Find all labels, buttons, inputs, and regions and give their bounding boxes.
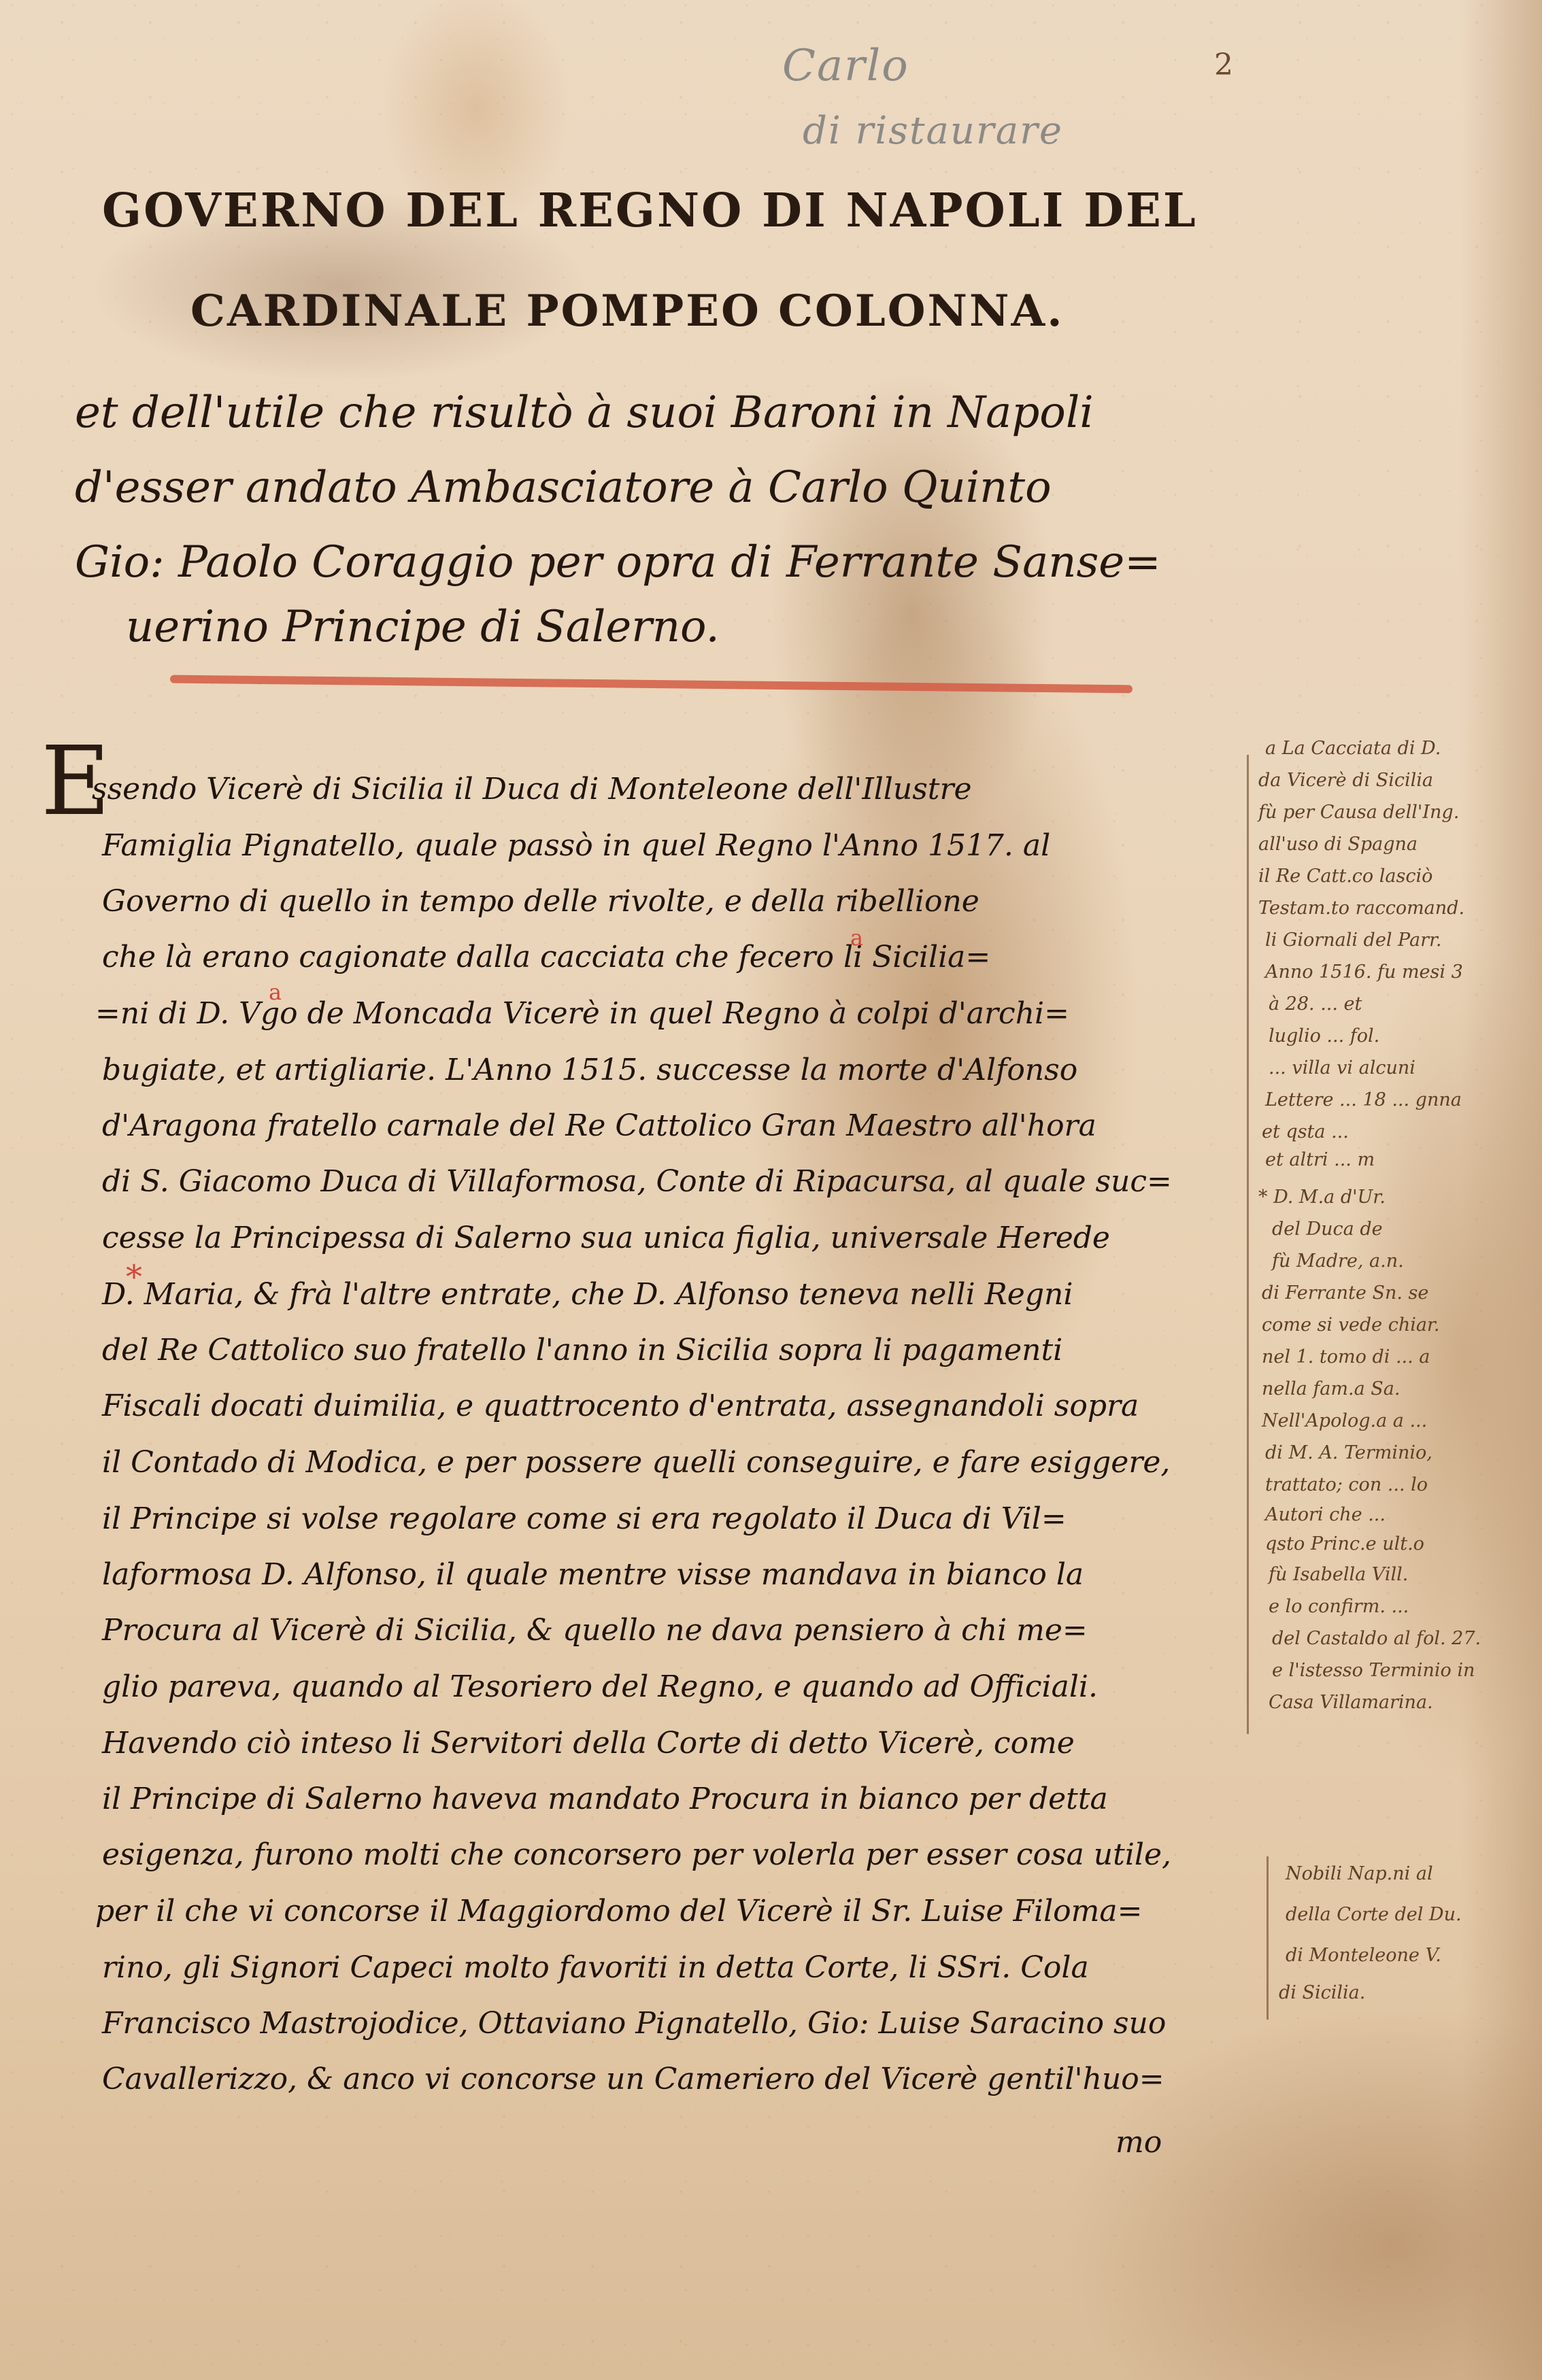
body-line: Havendo ciò inteso li Servitori della Co… bbox=[102, 1726, 1075, 1761]
margin-note-a-line: il Re Catt.co lasciò bbox=[1258, 866, 1432, 887]
margin-note-star-line: del Castaldo al fol. 27. bbox=[1272, 1628, 1481, 1649]
margin-note-a-line: li Giornali del Parr. bbox=[1265, 930, 1442, 951]
body-line: Cavallerizzo, & anco vi concorse un Came… bbox=[102, 2062, 1164, 2096]
margin-note-a-line: à 28. ... et bbox=[1269, 993, 1362, 1015]
margin-rule bbox=[1247, 755, 1249, 1734]
margin-note-a-line: luglio ... fol. bbox=[1269, 1025, 1379, 1047]
body-line: =ni di D. Vgo de Moncada Vicerè in quel … bbox=[95, 996, 1069, 1031]
margin-note-star-line: nel 1. tomo di ... a bbox=[1262, 1346, 1430, 1367]
margin-note-nobili-line: di Sicilia. bbox=[1279, 1982, 1365, 2003]
body-line: il Contado di Modica, e per possere quel… bbox=[102, 1445, 1170, 1480]
body-line: glio pareva, quando al Tesoriero del Reg… bbox=[102, 1669, 1098, 1704]
margin-note-a-line: da Vicerè di Sicilia bbox=[1258, 770, 1433, 791]
body-line: Governo di quello in tempo delle rivolte… bbox=[102, 884, 979, 919]
margin-note-a-line: all'uso di Spagna bbox=[1258, 834, 1418, 855]
body-line: d'Aragona fratello carnale del Re Cattol… bbox=[102, 1108, 1096, 1143]
margin-note-a-line: Testam.to raccomand. bbox=[1258, 898, 1464, 919]
red-rubric-rule bbox=[170, 675, 1133, 694]
red-reference-mark-a: a bbox=[269, 979, 282, 1005]
margin-note-nobili-line: di Monteleone V. bbox=[1286, 1945, 1441, 1966]
margin-note-a-line: et qsta ... bbox=[1262, 1121, 1349, 1142]
margin-note-star-line: e l'istesso Terminio in bbox=[1272, 1660, 1475, 1681]
subtitle-line-4: uerino Principe di Salerno. bbox=[126, 602, 720, 652]
margin-note-star-line: trattato; con ... lo bbox=[1265, 1474, 1428, 1495]
margin-note-star-line: Autori che ... bbox=[1265, 1504, 1386, 1525]
worn-right-edge bbox=[1460, 0, 1542, 2380]
margin-note-star-line: e lo confirm. ... bbox=[1269, 1596, 1409, 1617]
margin-note-star-line: qsto Princ.e ult.o bbox=[1265, 1533, 1424, 1554]
body-line: laformosa D. Alfonso, il quale mentre vi… bbox=[102, 1557, 1084, 1592]
subtitle-line-1: et dell'utile che risultò à suoi Baroni … bbox=[75, 388, 1094, 438]
red-reference-mark-a: a bbox=[850, 925, 863, 951]
margin-note-star-line: nella fam.a Sa. bbox=[1262, 1378, 1400, 1399]
margin-note-star-line: * D. M.a d'Ur. bbox=[1258, 1187, 1386, 1208]
body-line-catchword: mo bbox=[1116, 2125, 1162, 2160]
body-line: cesse la Principessa di Salerno sua unic… bbox=[102, 1221, 1110, 1255]
margin-note-star-line: come si vede chiar. bbox=[1262, 1314, 1439, 1336]
folio-number: 2 bbox=[1214, 48, 1233, 82]
margin-note-a-line: ... villa vi alcuni bbox=[1269, 1057, 1415, 1078]
margin-note-nobili-line: Nobili Nap.ni al bbox=[1286, 1863, 1433, 1884]
body-line: D. Maria, & frà l'altre entrate, che D. … bbox=[102, 1277, 1073, 1312]
body-line: del Re Cattolico suo fratello l'anno in … bbox=[102, 1333, 1062, 1367]
margin-note-star-line: fù Madre, a.n. bbox=[1272, 1251, 1404, 1272]
margin-note-star-line: di Ferrante Sn. se bbox=[1262, 1282, 1428, 1304]
margin-note-star-line: fù Isabella Vill. bbox=[1269, 1564, 1408, 1585]
body-line: rino, gli Signori Capeci molto favoriti … bbox=[102, 1950, 1089, 1985]
margin-note-star-line: di M. A. Terminio, bbox=[1265, 1442, 1432, 1463]
title-line-2: CARDINALE POMPEO COLONNA. bbox=[190, 286, 1064, 337]
body-line: Francisco Mastrojodice, Ottaviano Pignat… bbox=[102, 2006, 1166, 2041]
body-line: bugiate, et artigliarie. L'Anno 1515. su… bbox=[102, 1053, 1077, 1087]
margin-note-star-line: del Duca de bbox=[1272, 1219, 1383, 1240]
margin-note-star-line: Nell'Apolog.a a ... bbox=[1262, 1410, 1427, 1431]
margin-note-a-line: Anno 1516. fu mesi 3 bbox=[1265, 962, 1463, 983]
margin-note-a-line: et altri ... m bbox=[1265, 1149, 1375, 1170]
manuscript-page: Carlo di ristaurare 2 GOVERNO DEL REGNO … bbox=[0, 0, 1542, 2380]
pencil-note-line-1: Carlo bbox=[782, 41, 909, 91]
subtitle-line-3: Gio: Paolo Coraggio per opra di Ferrante… bbox=[75, 537, 1161, 588]
body-line: il Principe di Salerno haveva mandato Pr… bbox=[102, 1782, 1108, 1816]
red-asterisk-icon: * bbox=[126, 1258, 142, 1296]
subtitle-line-2: d'esser andato Ambasciatore à Carlo Quin… bbox=[75, 462, 1052, 513]
margin-note-a-line: fù per Causa dell'Ing. bbox=[1258, 802, 1459, 823]
body-line: di S. Giacomo Duca di Villaformosa, Cont… bbox=[102, 1164, 1172, 1199]
body-line: Fiscali docati duimilia, e quattrocento … bbox=[102, 1389, 1139, 1423]
margin-note-nobili-line: della Corte del Du. bbox=[1286, 1904, 1462, 1925]
margin-note-a-line: a La Cacciata di D. bbox=[1265, 738, 1441, 759]
body-line: per il che vi concorse il Maggiordomo de… bbox=[95, 1894, 1142, 1928]
title-line-1: GOVERNO DEL REGNO DI NAPOLI DEL bbox=[102, 184, 1198, 238]
pencil-note-line-2: di ristaurare bbox=[803, 109, 1063, 153]
margin-note-a-line: Lettere ... 18 ... gnna bbox=[1265, 1089, 1462, 1110]
margin-rule-lower bbox=[1267, 1856, 1269, 2020]
body-line: Famiglia Pignatello, quale passò in quel… bbox=[102, 828, 1050, 863]
body-line: ssendo Vicerè di Sicilia il Duca di Mont… bbox=[92, 772, 972, 806]
body-line: il Principe si volse regolare come si er… bbox=[102, 1501, 1067, 1536]
margin-note-star-line: Casa Villamarina. bbox=[1269, 1692, 1433, 1713]
body-line: Procura al Vicerè di Sicilia, & quello n… bbox=[102, 1613, 1088, 1648]
body-line: esigenza, furono molti che concorsero pe… bbox=[102, 1837, 1171, 1872]
